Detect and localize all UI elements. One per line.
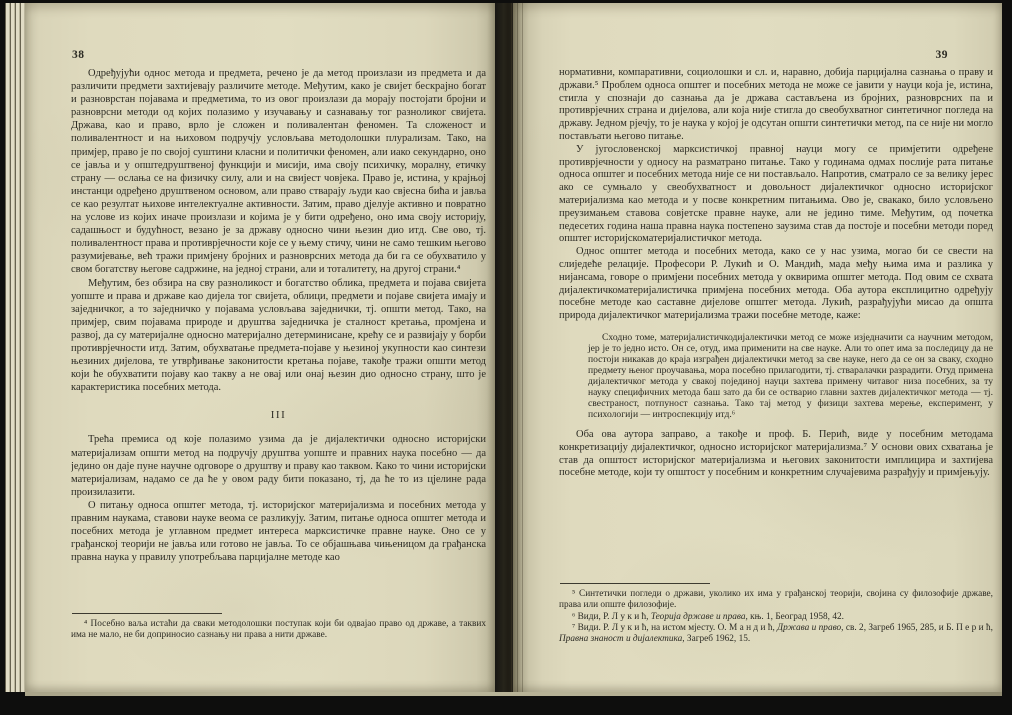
left-page: 38 Одређујући однос метода и предмета, р… [25, 3, 495, 692]
page-number-left: 38 [72, 49, 85, 61]
page-edge-stack [5, 3, 25, 692]
bottom-page-edge [25, 692, 1002, 696]
body-paragraph: нормативни, компаративни, социолошки и с… [559, 67, 993, 144]
right-page-text: нормативни, компаративни, социолошки и с… [559, 67, 993, 583]
footnote-5: ⁵ Синтетички погледи о држави, уколико и… [559, 589, 993, 612]
body-paragraph: Оба ова аутора заправо, а такође и проф.… [559, 429, 993, 480]
body-paragraph: Трећа премиса од које полазимо узима да … [71, 433, 486, 498]
body-paragraph: Однос општег метода и посебних метода, к… [559, 246, 993, 323]
book-spread: 38 Одређујући однос метода и предмета, р… [0, 0, 1012, 715]
left-footnotes: ⁴ Посебно ваља истаћи да сваки методолош… [71, 613, 486, 642]
footnote-4: ⁴ Посебно ваља истаћи да сваки методолош… [71, 619, 486, 642]
body-paragraph: О питању односа општег метода, тј. истор… [71, 499, 486, 564]
footnote-6: ⁶ Види, Р. Л у к и ћ, Теорија државе и п… [559, 612, 993, 623]
footnote-7: ⁷ Види. Р. Л у к и ћ, на истом мјесту. О… [559, 623, 993, 646]
footnote-separator [560, 583, 710, 584]
body-paragraph: Међутим, без обзира на сву разноликост и… [71, 277, 486, 395]
body-paragraph: У југословенској марксистичкој правној н… [559, 144, 993, 246]
page-number-right: 39 [936, 49, 949, 61]
body-paragraph: Одређујући однос метода и предмета, рече… [71, 67, 486, 277]
left-page-text: Одређујући однос метода и предмета, рече… [71, 67, 486, 609]
footnote-separator [72, 613, 222, 614]
right-page: 39 нормативни, компаративни, социолошки … [513, 3, 1002, 692]
right-footnotes: ⁵ Синтетички погледи о држави, уколико и… [559, 583, 993, 645]
quote-block: Сходно томе, материјалистичкодијалектичк… [588, 332, 993, 420]
section-heading: III [71, 409, 486, 422]
